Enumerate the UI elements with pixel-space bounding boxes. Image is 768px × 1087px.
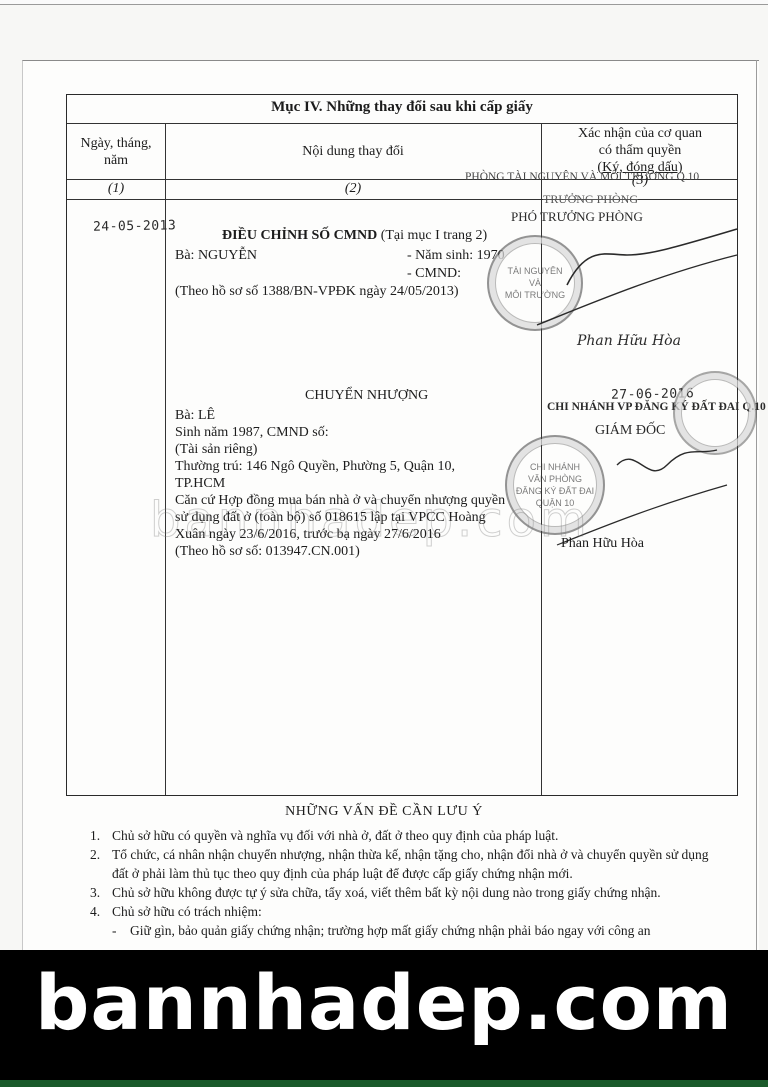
changes-table: Mục IV. Những thay đổi sau khi cấp giấy … (66, 94, 738, 796)
entry-heading: ĐIỀU CHỈNH SỐ CMND (Tại mục I trang 2) (222, 227, 487, 244)
note-number: 1. (90, 826, 100, 845)
column-header-content: Nội dung thay đổi (165, 143, 541, 160)
scan-top-edge (0, 0, 768, 5)
note-text: Chủ sở hữu có quyền và nghĩa vụ đối với … (112, 828, 558, 843)
authority-role-struck: TRƯỞNG PHÒNG (543, 192, 638, 207)
detail-line: Sinh năm 1987, CMND số: (175, 424, 505, 441)
official-stamp-partial (673, 371, 757, 455)
entry-person: Bà: NGUYỄN (175, 247, 257, 264)
entry-birth-year: - Năm sinh: 1970 (407, 247, 505, 264)
column-index-1: (1) (67, 181, 165, 197)
watermark-banner-text: bannhadep.com (0, 958, 768, 1047)
note-text: Chủ sở hữu không được tự ý sửa chữa, tẩy… (112, 885, 661, 900)
watermark-banner: bannhadep.com (0, 950, 768, 1080)
page-right-edge (756, 60, 757, 960)
note-sub-item: - Giữ gìn, bảo quản giấy chứng nhận; trư… (90, 921, 720, 940)
authority-office: PHÒNG TÀI NGUYÊN VÀ MÔI TRƯỜNG Q.10 (465, 171, 699, 183)
note-number: 2. (90, 845, 100, 864)
note-item: 3. Chủ sở hữu không được tự ý sửa chữa, … (90, 883, 720, 902)
signer-name: Phan Hữu Hòa (577, 333, 681, 349)
detail-line: (Tài sản riêng) (175, 441, 505, 458)
heading-note: (Tại mục I trang 2) (381, 228, 488, 243)
header-line: Ngày, tháng, (67, 135, 165, 152)
entry-reference: (Theo hồ sơ số 1388/BN-VPĐK ngày 24/05/2… (175, 283, 459, 300)
note-number: 4. (90, 902, 100, 921)
column-header-authority: Xác nhận của cơ quan có thẩm quyền (Ký, … (541, 125, 739, 176)
watermark-ghost: bannhadep.com (150, 492, 591, 548)
notes-title: NHỮNG VẤN ĐỀ CẦN LƯU Ý (0, 804, 768, 820)
entry-date: 24-05-2013 (93, 218, 177, 234)
entry-id-card: - CMND: (407, 265, 461, 282)
note-text: Giữ gìn, bảo quản giấy chứng nhận; trườn… (130, 923, 650, 938)
note-item: 2. Tổ chức, cá nhân nhận chuyển nhượng, … (90, 845, 720, 883)
entry-heading: CHUYỂN NHƯỢNG (305, 387, 428, 404)
note-number: 3. (90, 883, 100, 902)
header-line: Xác nhận của cơ quan (541, 125, 739, 142)
banner-bottom-strip (0, 1080, 768, 1087)
detail-line: Thường trú: 146 Ngô Quyền, Phường 5, Quậ… (175, 458, 505, 475)
note-text: Tổ chức, cá nhân nhận chuyển nhượng, nhậ… (112, 847, 709, 881)
table-divider (67, 123, 737, 124)
column-index-2: (2) (165, 181, 541, 197)
heading-text: ĐIỀU CHỈNH SỐ CMND (222, 228, 377, 243)
authority-role: GIÁM ĐỐC (595, 423, 665, 439)
note-item: 1. Chủ sở hữu có quyền và nghĩa vụ đối v… (90, 826, 720, 845)
note-text: Chủ sở hữu có trách nhiệm: (112, 904, 262, 919)
column-header-date: Ngày, tháng, năm (67, 135, 165, 169)
header-line: có thẩm quyền (541, 142, 739, 159)
header-line: năm (67, 152, 165, 169)
notes-list: 1. Chủ sở hữu có quyền và nghĩa vụ đối v… (90, 826, 720, 940)
section-title: Mục IV. Những thay đổi sau khi cấp giấy (67, 99, 737, 116)
signature-stroke (507, 225, 747, 335)
note-item: 4. Chủ sở hữu có trách nhiệm: (90, 902, 720, 921)
authority-role: PHÓ TRƯỞNG PHÒNG (511, 209, 643, 225)
detail-line: TP.HCM (175, 475, 505, 492)
detail-line: Bà: LÊ (175, 407, 505, 424)
note-bullet: - (112, 921, 117, 940)
